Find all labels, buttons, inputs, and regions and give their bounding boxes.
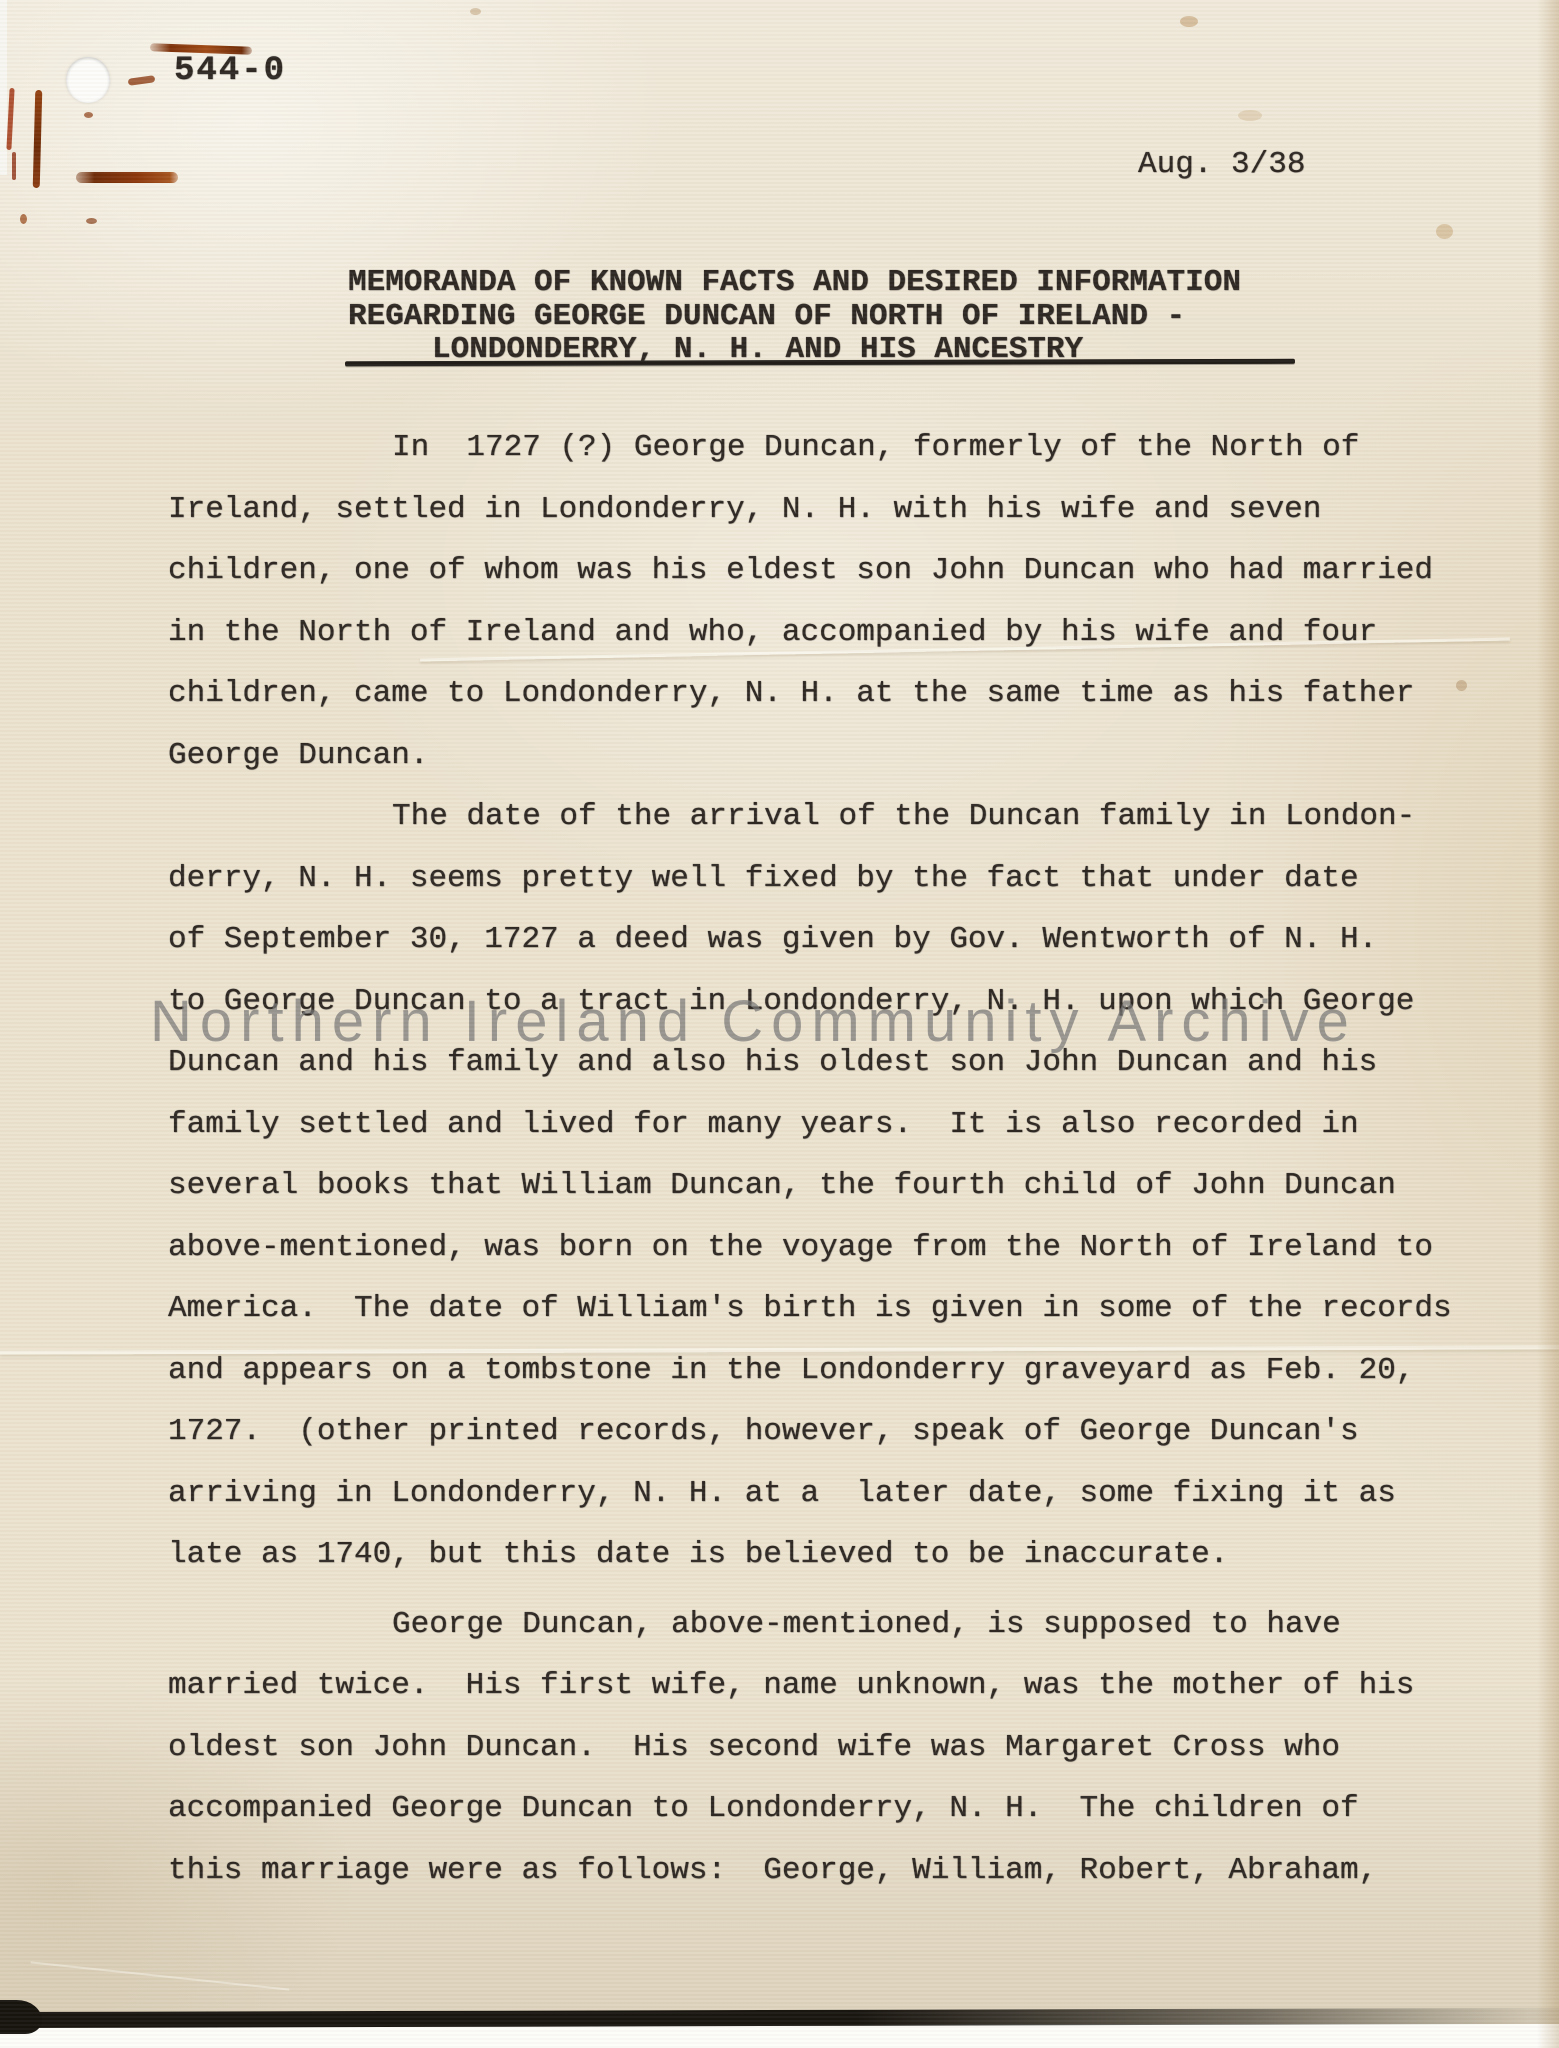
text-line: accompanied George Duncan to Londonderry… [168,1778,1452,1840]
scanned-document: 544-0 Aug. 3/38 MEMORANDA OF KNOWN FACTS… [0,0,1559,2048]
rust-stain [76,172,178,183]
text-line: Ireland, settled in Londonderry, N. H. w… [168,479,1452,541]
text-line: George Duncan, above-mentioned, is suppo… [168,1594,1452,1656]
document-date: Aug. 3/38 [1138,147,1305,182]
scanner-background [0,2024,1559,2048]
text-line: late as 1740, but this date is believed … [168,1524,1452,1586]
text-line: derry, N. H. seems pretty well fixed by … [168,848,1452,910]
paper-right-edge-shadow [1537,0,1559,2048]
text-line: children, came to Londonderry, N. H. at … [168,663,1452,725]
paper-crease [31,1961,290,1990]
text-line: arriving in Londonderry, N. H. at a late… [168,1463,1452,1525]
rust-stain [128,75,156,86]
rust-stain [33,90,43,188]
text-line: children, one of whom was his eldest son… [168,540,1452,602]
rust-speck [86,218,97,224]
title-line: MEMORANDA OF KNOWN FACTS AND DESIRED INF… [348,266,1241,300]
document-body: In 1727 (?) George Duncan, formerly of t… [168,417,1452,1901]
text-line: of September 30, 1727 a deed was given b… [168,909,1452,971]
paper-corner-shadow [0,2000,42,2034]
text-line: family settled and lived for many years.… [168,1094,1452,1156]
paragraph: In 1727 (?) George Duncan, formerly of t… [168,417,1452,786]
text-line: married twice. His first wife, name unkn… [168,1655,1452,1717]
archive-watermark: Northern Ireland Community Archive [150,988,1357,1055]
paper-stain [470,8,481,15]
paper-stain [1180,16,1198,27]
hole-punch [66,57,110,103]
text-line: In 1727 (?) George Duncan, formerly of t… [168,417,1452,479]
text-line: several books that William Duncan, the f… [168,1155,1452,1217]
text-line: and appears on a tombstone in the London… [168,1340,1452,1402]
paper-stain [1238,110,1262,121]
text-line: this marriage were as follows: George, W… [168,1840,1452,1902]
text-line: America. The date of William's birth is … [168,1278,1452,1340]
text-line: oldest son John Duncan. His second wife … [168,1717,1452,1779]
rust-stain [6,88,14,150]
document-title: MEMORANDA OF KNOWN FACTS AND DESIRED INF… [348,266,1241,367]
rust-stain [12,152,16,180]
text-line: in the North of Ireland and who, accompa… [168,602,1452,664]
paper-stain [1436,224,1453,239]
text-line: above-mentioned, was born on the voyage … [168,1217,1452,1279]
rust-speck [84,112,93,118]
text-line: George Duncan. [168,725,1452,787]
paper-stain [1456,680,1467,691]
catalog-number: 544-0 [174,52,286,90]
paragraph: The date of the arrival of the Duncan fa… [168,786,1452,1586]
title-line: REGARDING GEORGE DUNCAN OF NORTH OF IREL… [348,300,1241,334]
text-line: 1727. (other printed records, however, s… [168,1401,1452,1463]
rust-speck [20,214,27,224]
paper-sheet: 544-0 Aug. 3/38 MEMORANDA OF KNOWN FACTS… [0,0,1559,2048]
paragraph: George Duncan, above-mentioned, is suppo… [168,1594,1452,1902]
text-line: The date of the arrival of the Duncan fa… [168,786,1452,848]
